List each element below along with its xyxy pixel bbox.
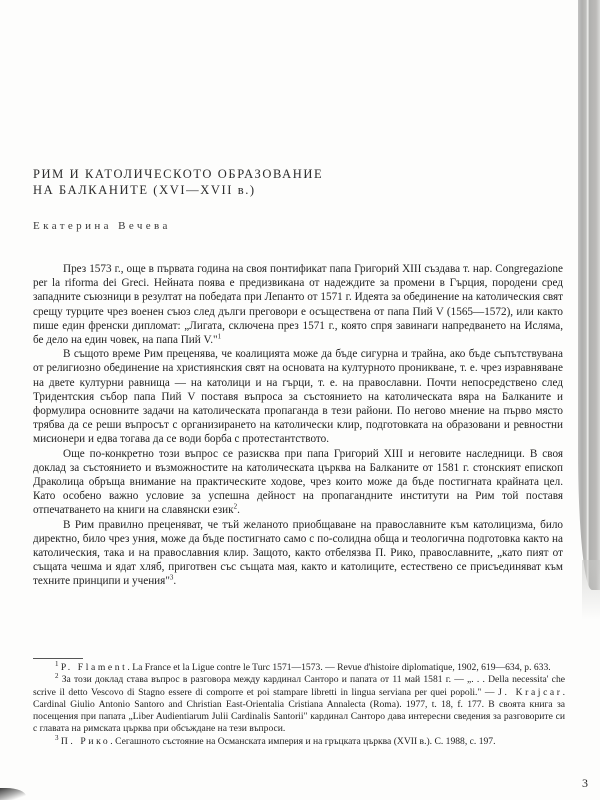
footnotes-section: 1 P. Flament. La France et la Ligue cont… — [33, 662, 565, 748]
article-title: РИМ И КАТОЛИЧЕСКОТО ОБРАЗОВАНИЕ НА БАЛКА… — [33, 166, 453, 198]
footnote-2: 2 За този доклад става въпрос в разговор… — [33, 674, 565, 735]
footnote-ref-1[interactable]: 1 — [218, 332, 222, 340]
binding-shadow — [582, 560, 600, 620]
article-body: През 1573 г., още в първата година на св… — [33, 262, 563, 589]
title-line-1: РИМ И КАТОЛИЧЕСКОТО ОБРАЗОВАНИЕ — [33, 166, 453, 182]
paragraph-3: Още по-конкретно този въпрос се разисква… — [33, 447, 563, 518]
footnote-3: 3 П. Рико. Сегашното състояние на Османс… — [33, 736, 565, 748]
page-corner-shadow — [0, 788, 26, 800]
article-author: Екатерина Вечева — [33, 220, 171, 232]
paragraph-2: В същото време Рим преценява, че коалици… — [33, 347, 563, 446]
book-binding-edge — [578, 0, 600, 590]
footnote-author: J. Krajcar — [498, 687, 562, 698]
book-page: РИМ И КАТОЛИЧЕСКОТО ОБРАЗОВАНИЕ НА БАЛКА… — [0, 0, 600, 800]
page-number: 3 — [582, 776, 588, 791]
footnote-author: П. Рико — [61, 736, 110, 747]
footnote-1: 1 P. Flament. La France et la Ligue cont… — [33, 662, 565, 674]
footnote-author: P. Flament — [61, 662, 128, 673]
paragraph-1: През 1573 г., още в първата година на св… — [33, 262, 563, 347]
paragraph-4: В Рим правилно преценяват, че тъй желано… — [33, 518, 563, 589]
title-line-2: НА БАЛКАНИТЕ (XVI—XVII в.) — [33, 182, 453, 198]
